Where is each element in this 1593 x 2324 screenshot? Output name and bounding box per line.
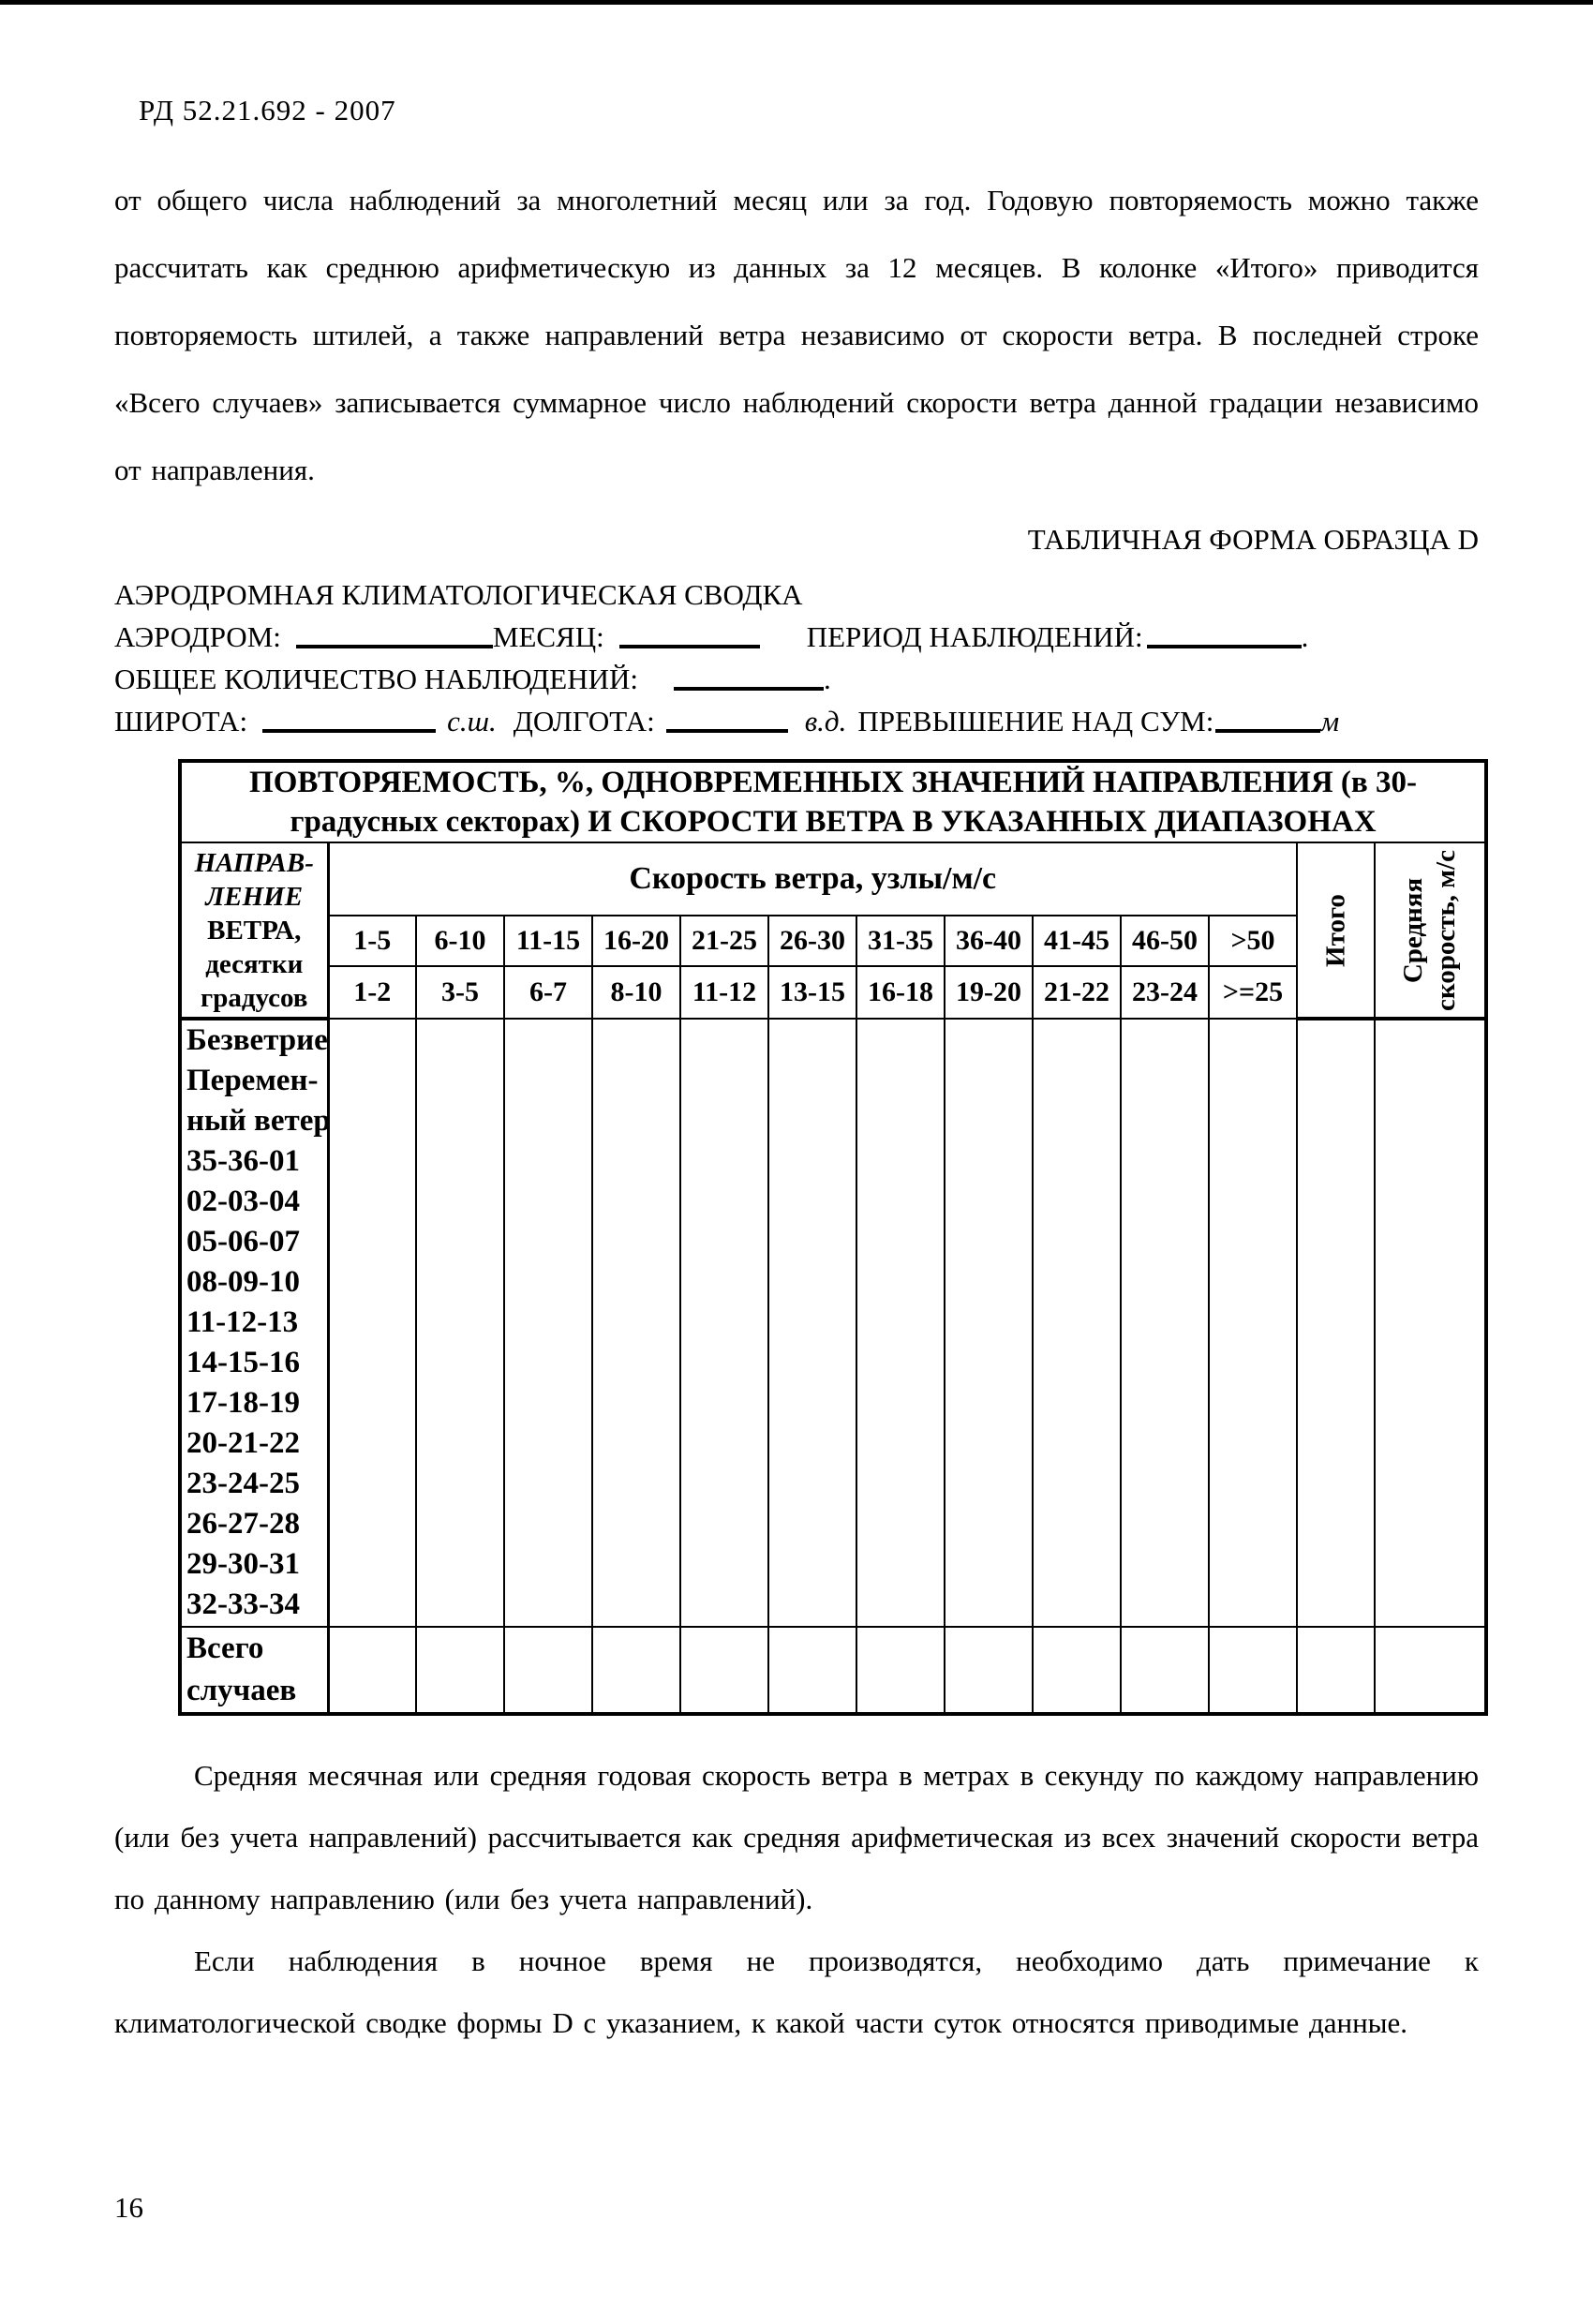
latitude-unit: с.ш.: [447, 705, 497, 737]
empty-data-cell: [768, 1019, 856, 1627]
empty-data-cell: [592, 1627, 680, 1714]
page-number: 16: [114, 2191, 143, 2225]
empty-itogo-cell: [1297, 1019, 1375, 1627]
total-obs-suffix: .: [824, 663, 831, 695]
paragraph-1: от общего числа наблюдений за многолетни…: [114, 167, 1479, 504]
direction-column-header: НАПРАВ- ЛЕНИЕ ВЕТРА, десятки градусов: [180, 842, 328, 1019]
table-title: ПОВТОРЯЕМОСТЬ, %, ОДНОВРЕМЕННЫХ ЗНАЧЕНИЙ…: [180, 761, 1486, 842]
latitude-label: ШИРОТА:: [114, 705, 247, 737]
empty-data-cell: [856, 1627, 945, 1714]
empty-data-cell: [1121, 1019, 1209, 1627]
empty-data-cell: [768, 1627, 856, 1714]
empty-data-cell: [856, 1019, 945, 1627]
empty-data-cell: [1121, 1627, 1209, 1714]
empty-avg-cell: [1375, 1019, 1486, 1627]
elevation-unit: м: [1320, 705, 1339, 737]
empty-data-cell: [504, 1019, 592, 1627]
table-title-line2: градусных секторах) И СКОРОСТИ ВЕТРА В У…: [182, 802, 1484, 842]
form-line-aerodrome: АЭРОДРОМ:МЕСЯЦ:ПЕРИОД НАБЛЮДЕНИЙ:.: [114, 616, 1520, 658]
row-label: Перемен-: [182, 1061, 327, 1101]
row-label: 23-24-25: [182, 1464, 327, 1504]
empty-data-cell: [1033, 1019, 1121, 1627]
total-cases-label: Всего случаев: [180, 1627, 328, 1714]
form-caption: ТАБЛИЧНАЯ ФОРМА ОБРАЗЦА D: [114, 523, 1479, 557]
knots-range-row: 1-5 6-10 11-15 16-20 21-25 26-30 31-35 3…: [180, 916, 1486, 966]
empty-data-cell: [328, 1019, 416, 1627]
row-label: 20-21-22: [182, 1423, 327, 1464]
scan-edge-line: [0, 0, 1593, 5]
row-label: 26-27-28: [182, 1504, 327, 1544]
form-line-total-observations: ОБЩЕЕ КОЛИЧЕСТВО НАБЛЮДЕНИЙ:.: [114, 658, 1520, 700]
empty-avg-cell: [1375, 1627, 1486, 1714]
paragraph-2: Средняя месячная или средняя годовая ско…: [114, 1745, 1479, 1930]
longitude-unit: в.д.: [805, 705, 847, 737]
ms-range-row: 1-2 3-5 6-7 8-10 11-12 13-15 16-18 19-20…: [180, 966, 1486, 1019]
row-label: 02-03-04: [182, 1182, 327, 1222]
table-title-line1: ПОВТОРЯЕМОСТЬ, %, ОДНОВРЕМЕННЫХ ЗНАЧЕНИЙ…: [182, 763, 1484, 802]
longitude-blank-field: [666, 722, 788, 733]
climatological-form-header: АЭРОДРОМНАЯ КЛИМАТОЛОГИЧЕСКАЯ СВОДКА АЭР…: [114, 574, 1520, 742]
empty-data-cell: [680, 1019, 768, 1627]
paragraph-3: Если наблюдения в ночное время не произв…: [114, 1930, 1479, 2054]
form-line-coordinates: ШИРОТА:с.ш.ДОЛГОТА:в.д.ПРЕВЫШЕНИЕ НАД СУ…: [114, 700, 1520, 742]
itogo-column-header: Итого: [1297, 842, 1375, 1019]
document-page: РД 52.21.692 - 2007 от общего числа набл…: [0, 0, 1593, 2324]
empty-data-cell: [504, 1627, 592, 1714]
empty-data-cell: [945, 1019, 1033, 1627]
total-obs-label: ОБЩЕЕ КОЛИЧЕСТВО НАБЛЮДЕНИЙ:: [114, 663, 638, 695]
row-label: 11-12-13: [182, 1303, 327, 1343]
empty-data-cell: [1209, 1019, 1297, 1627]
period-label: ПЕРИОД НАБЛЮДЕНИЙ:: [807, 620, 1143, 653]
table-body-row: Безветрие Перемен- ный ветер 35-36-01 02…: [180, 1019, 1486, 1627]
bottom-paragraphs: Средняя месячная или средняя годовая ско…: [114, 1745, 1479, 2054]
row-label: 35-36-01: [182, 1141, 327, 1182]
empty-data-cell: [416, 1627, 504, 1714]
row-label: 32-33-34: [182, 1585, 327, 1625]
row-label: 05-06-07: [182, 1222, 327, 1262]
direction-row-labels: Безветрие Перемен- ный ветер 35-36-01 02…: [180, 1019, 328, 1627]
longitude-label: ДОЛГОТА:: [514, 705, 655, 737]
latitude-blank-field: [262, 722, 436, 733]
row-label: Безветрие: [182, 1020, 327, 1061]
empty-data-cell: [1209, 1627, 1297, 1714]
empty-itogo-cell: [1297, 1627, 1375, 1714]
empty-data-cell: [945, 1627, 1033, 1714]
total-cases-row: Всего случаев: [180, 1627, 1486, 1714]
aerodrome-blank-field: [296, 637, 493, 648]
empty-data-cell: [680, 1627, 768, 1714]
elevation-blank-field: [1215, 722, 1320, 733]
aerodrome-label: АЭРОДРОМ:: [114, 620, 281, 653]
elevation-label: ПРЕВЫШЕНИЕ НАД СУМ:: [857, 705, 1213, 737]
row-label: 08-09-10: [182, 1262, 327, 1303]
empty-data-cell: [1033, 1627, 1121, 1714]
document-code: РД 52.21.692 - 2007: [139, 94, 396, 127]
wind-frequency-table: ПОВТОРЯЕМОСТЬ, %, ОДНОВРЕМЕННЫХ ЗНАЧЕНИЙ…: [178, 759, 1488, 1716]
empty-data-cell: [416, 1019, 504, 1627]
form-title: АЭРОДРОМНАЯ КЛИМАТОЛОГИЧЕСКАЯ СВОДКА: [114, 574, 1520, 616]
row-label: 14-15-16: [182, 1343, 327, 1383]
month-label: МЕСЯЦ:: [493, 620, 604, 653]
empty-data-cell: [592, 1019, 680, 1627]
row-label: 29-30-31: [182, 1544, 327, 1585]
total-obs-blank-field: [674, 679, 824, 691]
row-label: ный ветер: [182, 1101, 327, 1141]
period-blank-field: [1147, 637, 1302, 648]
avg-speed-column-header: Средняя скорость, м/с: [1375, 842, 1486, 1019]
speed-span-header: Скорость ветра, узлы/м/с: [328, 842, 1297, 916]
empty-data-cell: [328, 1627, 416, 1714]
period-suffix: .: [1302, 620, 1309, 653]
row-label: 17-18-19: [182, 1383, 327, 1423]
month-blank-field: [619, 637, 760, 648]
